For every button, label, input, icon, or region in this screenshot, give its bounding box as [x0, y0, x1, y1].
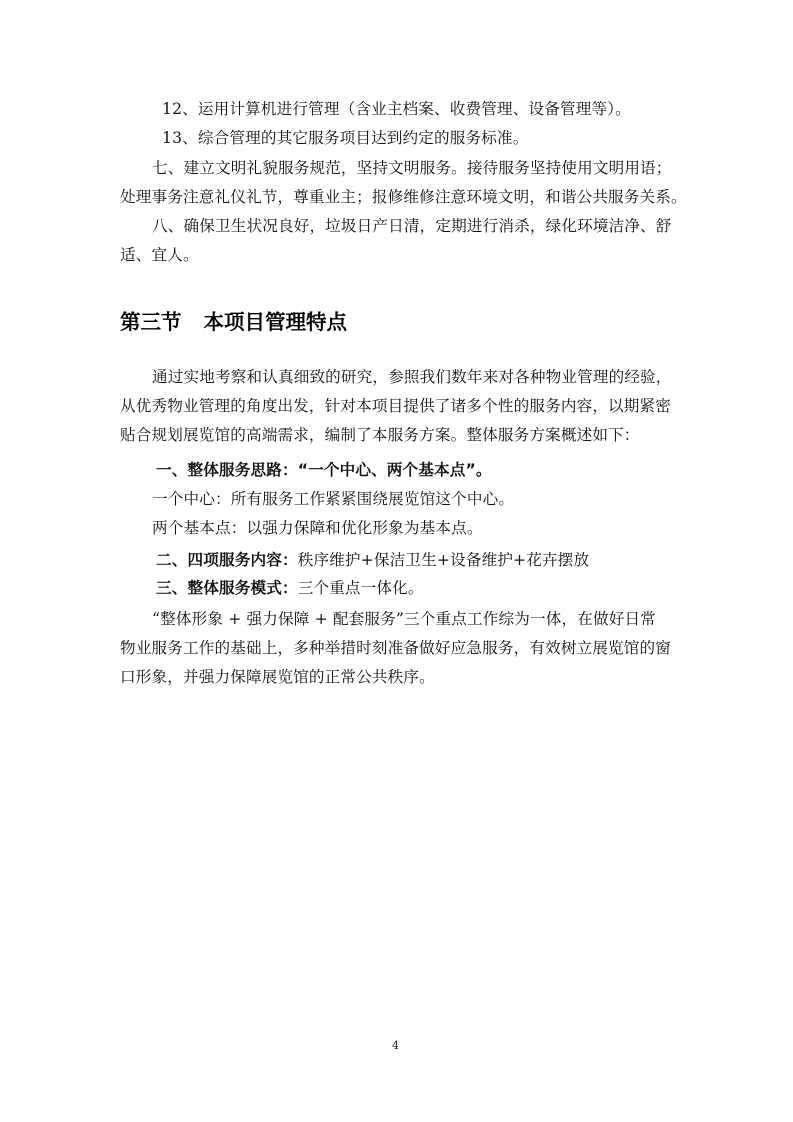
point-3: 三、整体服务模式：三个重点一体化。: [156, 578, 712, 598]
point-3-content: 三个重点一体化。: [298, 579, 424, 597]
intro-paragraph-line-2: 从优秀物业管理的角度出发，针对本项目提供了诸多个性的服务内容，以期紧密: [120, 396, 676, 416]
closing-paragraph-line-3: 口形象，并强力保障展览馆的正常公共秩序。: [120, 667, 676, 687]
paragraph-7-line-2: 处理事务注意礼仪礼节，尊重业主；报修维修注意环境文明，和谐公共服务关系。: [120, 187, 676, 207]
paragraph-7-line-1: 七、建立文明礼貌服务规范，坚持文明服务。接待服务坚持使用文明用语；: [152, 158, 708, 178]
center-line: 一个中心：所有服务工作紧紧围绕展览馆这个中心。: [152, 489, 708, 509]
paragraph-8-line-1: 八、确保卫生状况良好，垃圾日产日清，定期进行消杀，绿化环境洁净、舒: [152, 216, 708, 236]
closing-paragraph-line-1: “整体形象 + 强力保障 + 配套服务”三个重点工作综为一体，在做好日常: [152, 609, 708, 629]
intro-paragraph-line-1: 通过实地考察和认真细致的研究，参照我们数年来对各种物业管理的经验，: [152, 367, 708, 387]
point-3-label: 三、整体服务模式：: [156, 579, 298, 597]
list-item-12: 12、运用计算机进行管理（含业主档案、收费管理、设备管理等）。: [162, 99, 718, 119]
document-page: 12、运用计算机进行管理（含业主档案、收费管理、设备管理等）。 13、综合管理的…: [0, 0, 793, 1122]
point-2: 二、四项服务内容：秩序维护+保洁卫生+设备维护+花卉摆放: [156, 550, 712, 570]
section-title: 本项目管理特点: [204, 310, 348, 334]
section-heading: 第三节本项目管理特点: [120, 309, 347, 335]
point-1-heading: 一、整体服务思路：“一个中心、两个基本点”。: [156, 460, 712, 480]
list-item-13: 13、综合管理的其它服务项目达到约定的服务标准。: [162, 128, 718, 148]
section-number: 第三节: [120, 310, 182, 334]
point-2-label: 二、四项服务内容：: [156, 551, 298, 569]
closing-paragraph-line-2: 物业服务工作的基础上，多种举措时刻准备做好应急服务，有效树立展览馆的窗: [120, 638, 676, 658]
paragraph-8-line-2: 适、宜人。: [120, 245, 676, 265]
basic-points-line: 两个基本点：以强力保障和优化形象为基本点。: [152, 518, 708, 538]
page-number: 4: [392, 1039, 399, 1053]
intro-paragraph-line-3: 贴合规划展览馆的高端需求，编制了本服务方案。整体服务方案概述如下：: [120, 425, 676, 445]
point-2-content: 秩序维护+保洁卫生+设备维护+花卉摆放: [298, 551, 590, 569]
